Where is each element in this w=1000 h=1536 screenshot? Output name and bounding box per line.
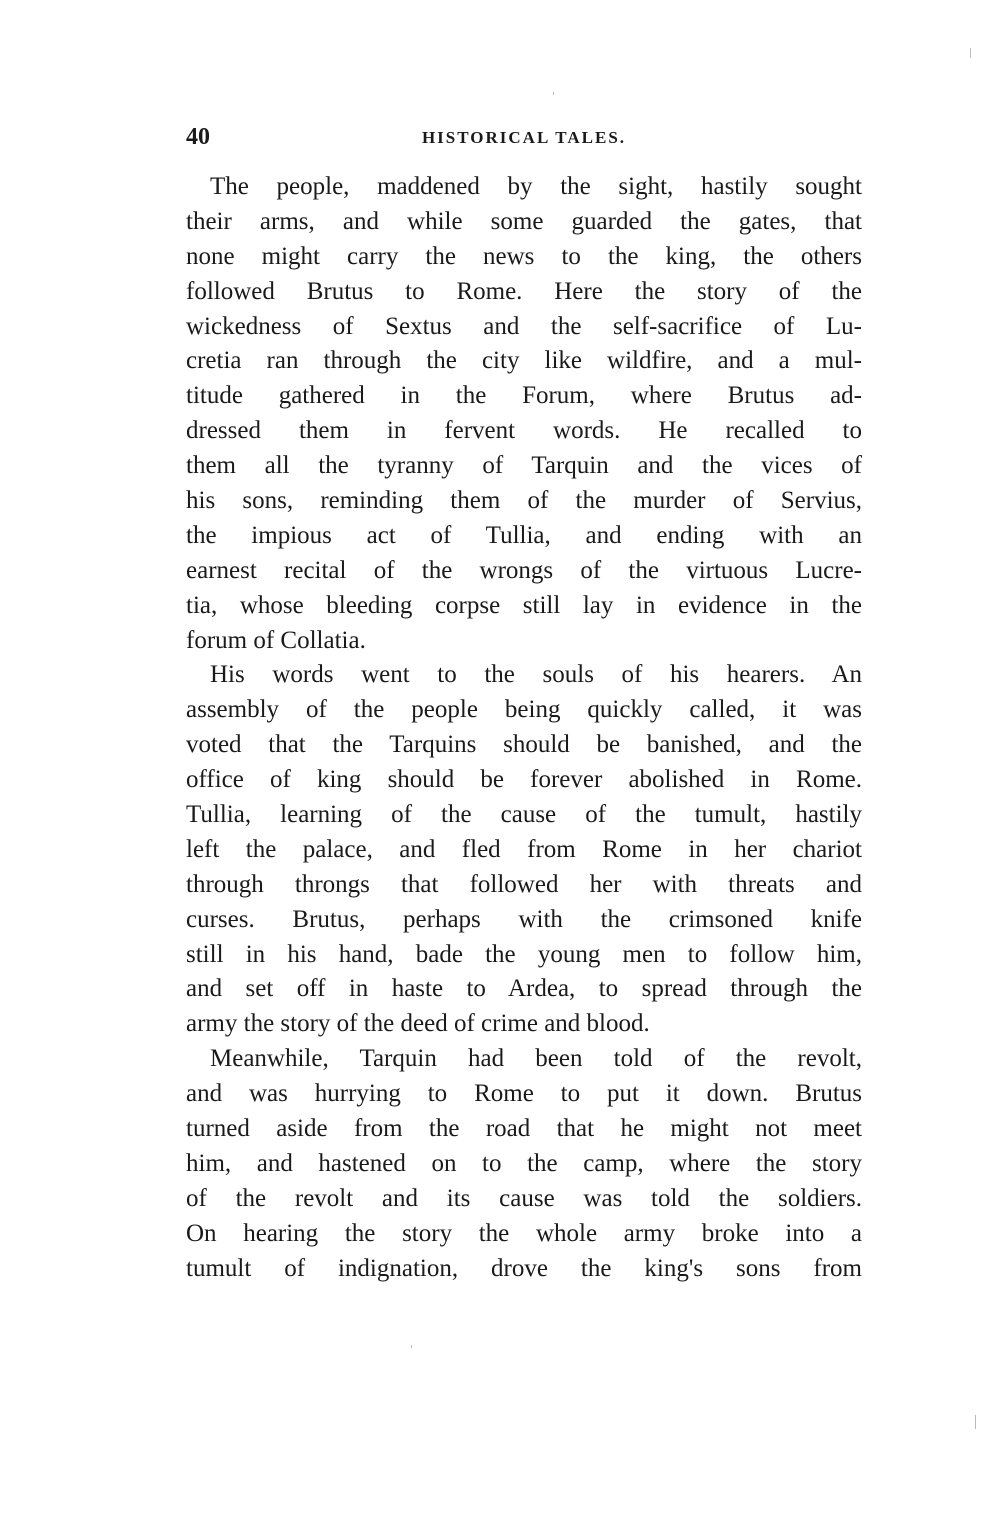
text-line: the impious act of Tullia, and ending wi…	[186, 519, 862, 554]
text-line: through throngs that followed her with t…	[186, 868, 862, 903]
text-line: wickedness of Sextus and the self-sacrif…	[186, 310, 862, 345]
paragraph-2: His words went to the souls of his heare…	[186, 658, 862, 1042]
text-line: none might carry the news to the king, t…	[186, 240, 862, 275]
text-line: voted that the Tarquins should be banish…	[186, 728, 862, 763]
text-line: and was hurrying to Rome to put it down.…	[186, 1077, 862, 1112]
body-text: The people, maddened by the sight, hasti…	[186, 170, 862, 1287]
text-line: forum of Collatia.	[186, 624, 862, 659]
text-line: still in his hand, bade the young men to…	[186, 938, 862, 973]
text-line: and set off in haste to Ardea, to spread…	[186, 972, 862, 1007]
scan-speck	[411, 1345, 412, 1348]
text-line: turned aside from the road that he might…	[186, 1112, 862, 1147]
text-line: On hearing the story the whole army brok…	[186, 1217, 862, 1252]
text-line: The people, maddened by the sight, hasti…	[186, 170, 862, 205]
scan-speck	[975, 1415, 976, 1429]
paragraph-3: Meanwhile, Tarquin had been told of the …	[186, 1042, 862, 1286]
text-line: of the revolt and its cause was told the…	[186, 1182, 862, 1217]
text-line: office of king should be forever abolish…	[186, 763, 862, 798]
text-line: His words went to the souls of his heare…	[186, 658, 862, 693]
page-header: 40 HISTORICAL TALES.	[186, 124, 862, 154]
text-line: his sons, reminding them of the murder o…	[186, 484, 862, 519]
text-line: cretia ran through the city like wildfir…	[186, 344, 862, 379]
scan-speck	[553, 92, 554, 95]
text-line: him, and hastened on to the camp, where …	[186, 1147, 862, 1182]
text-line: dressed them in fervent words. He recall…	[186, 414, 862, 449]
paragraph-1: The people, maddened by the sight, hasti…	[186, 170, 862, 658]
text-line: tumult of indignation, drove the king's …	[186, 1252, 862, 1287]
text-line: followed Brutus to Rome. Here the story …	[186, 275, 862, 310]
text-line: tia, whose bleeding corpse still lay in …	[186, 589, 862, 624]
text-line: them all the tyranny of Tarquin and the …	[186, 449, 862, 484]
text-line: earnest recital of the wrongs of the vir…	[186, 554, 862, 589]
text-line: their arms, and while some guarded the g…	[186, 205, 862, 240]
text-line: assembly of the people being quickly cal…	[186, 693, 862, 728]
scan-speck	[970, 48, 971, 58]
text-line: titude gathered in the Forum, where Brut…	[186, 379, 862, 414]
running-title: HISTORICAL TALES.	[186, 128, 862, 148]
text-line: curses. Brutus, perhaps with the crimson…	[186, 903, 862, 938]
text-line: Tullia, learning of the cause of the tum…	[186, 798, 862, 833]
text-line: left the palace, and fled from Rome in h…	[186, 833, 862, 868]
text-line: army the story of the deed of crime and …	[186, 1007, 862, 1042]
text-line: Meanwhile, Tarquin had been told of the …	[186, 1042, 862, 1077]
